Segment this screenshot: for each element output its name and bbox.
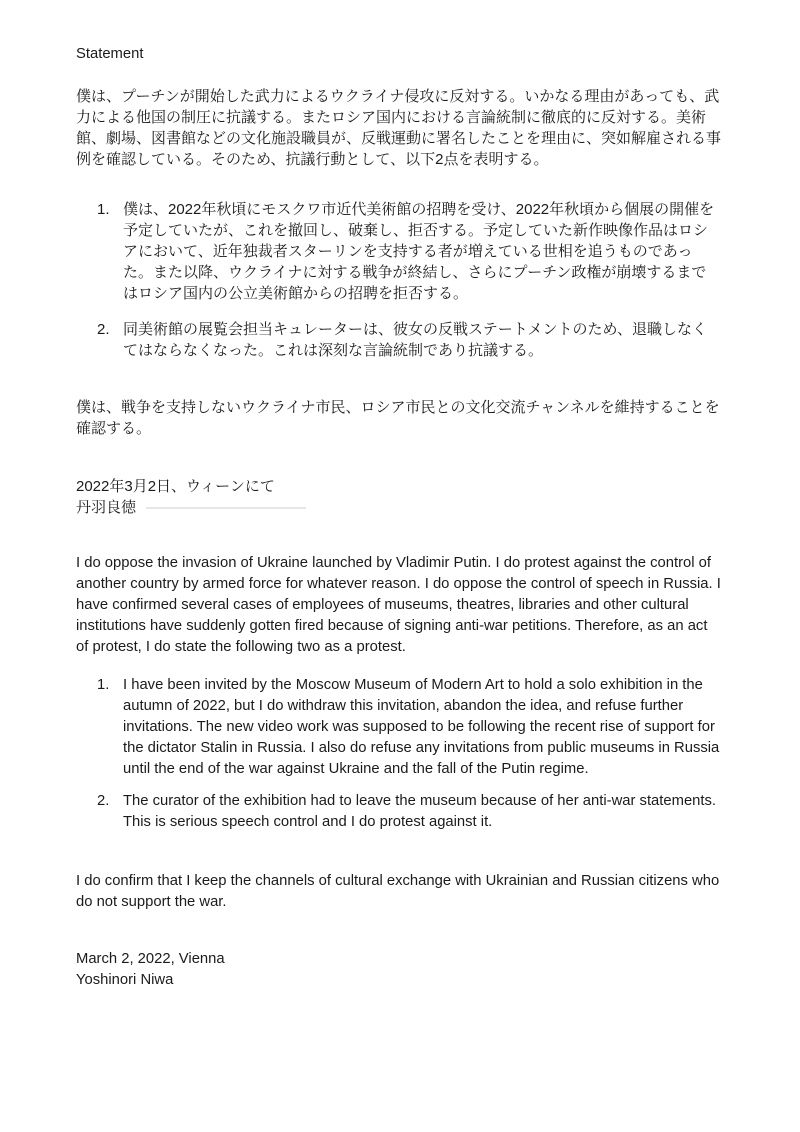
document-title: Statement <box>76 44 721 65</box>
jp-confirmation-paragraph: 僕は、戦争を支持しないウクライナ市民、ロシア市民との文化交流チャンネルを維持する… <box>76 397 721 439</box>
jp-protest-list: 1. 僕は、2022年秋頃にモスクワ市近代美術館の招聘を受け、2022年秋頃から… <box>76 199 721 361</box>
en-list-item-1: 1. I have been invited by the Moscow Mus… <box>97 675 721 780</box>
list-item-number: 1. <box>97 675 123 780</box>
list-item-number: 2. <box>97 319 123 361</box>
jp-author-line: 丹羽良徳 <box>76 497 721 518</box>
en-author-name: Yoshinori Niwa <box>76 970 721 991</box>
en-signoff-block: March 2, 2022, Vienna Yoshinori Niwa <box>76 949 721 991</box>
jp-intro-paragraph: 僕は、プーチンが開始した武力によるウクライナ侵攻に反対する。いかなる理由があって… <box>76 86 721 170</box>
en-protest-list: 1. I have been invited by the Moscow Mus… <box>76 675 721 833</box>
list-item-number: 2. <box>97 791 123 833</box>
statement-document-page: Statement 僕は、プーチンが開始した武力によるウクライナ侵攻に反対する。… <box>0 0 800 1132</box>
list-item-text: I have been invited by the Moscow Museum… <box>123 675 721 780</box>
jp-list-item-2: 2. 同美術館の展覧会担当キュレーターは、彼女の反戦ステートメントのため、退職し… <box>97 319 721 361</box>
list-item-number: 1. <box>97 199 123 304</box>
en-confirmation-paragraph: I do confirm that I keep the channels of… <box>76 871 721 913</box>
jp-signoff-block: 2022年3月2日、ウィーンにて 丹羽良徳 <box>76 476 721 518</box>
list-item-text: The curator of the exhibition had to lea… <box>123 791 721 833</box>
jp-author-name: 丹羽良徳 <box>76 499 136 516</box>
en-date-line: March 2, 2022, Vienna <box>76 949 721 970</box>
jp-date-line: 2022年3月2日、ウィーンにて <box>76 476 721 497</box>
list-item-text: 同美術館の展覧会担当キュレーターは、彼女の反戦ステートメントのため、退職しなくて… <box>123 319 721 361</box>
en-intro-paragraph: I do oppose the invasion of Ukraine laun… <box>76 553 721 658</box>
list-item-text: 僕は、2022年秋頃にモスクワ市近代美術館の招聘を受け、2022年秋頃から個展の… <box>123 199 721 304</box>
signature-smudge <box>146 507 306 509</box>
en-list-item-2: 2. The curator of the exhibition had to … <box>97 791 721 833</box>
jp-list-item-1: 1. 僕は、2022年秋頃にモスクワ市近代美術館の招聘を受け、2022年秋頃から… <box>97 199 721 304</box>
